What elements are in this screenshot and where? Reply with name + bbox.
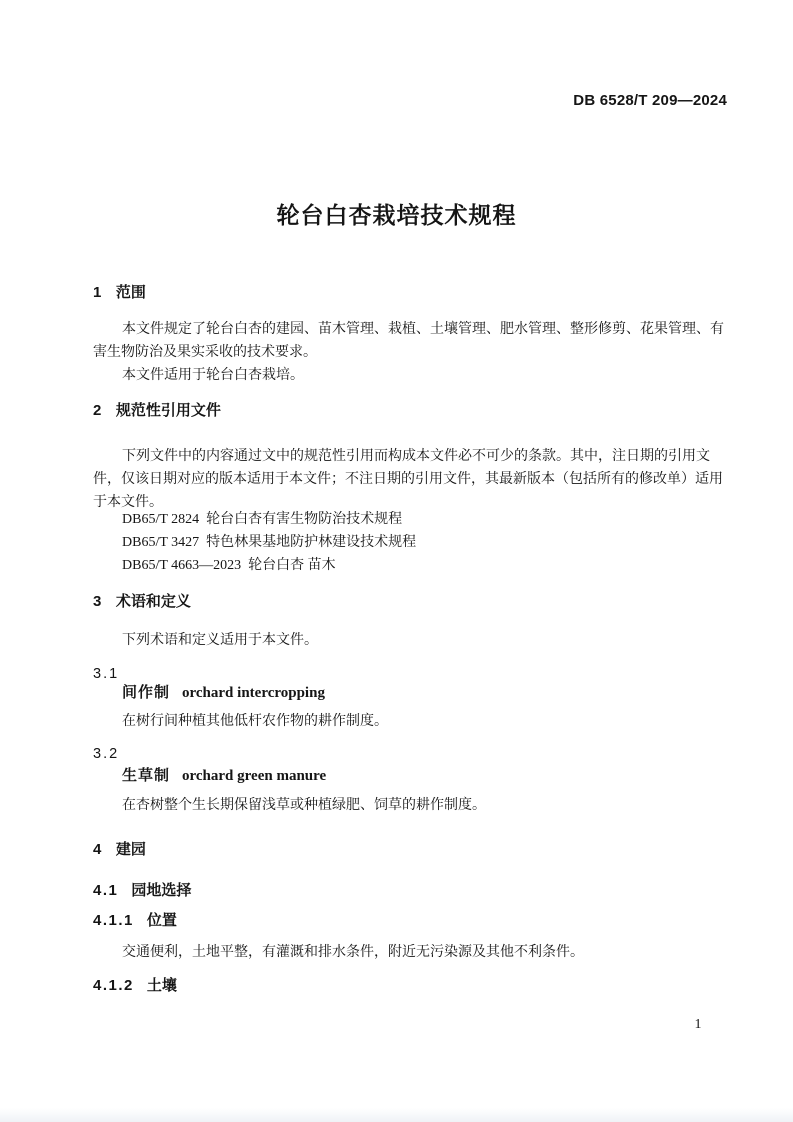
heading-location-label: 位置 bbox=[147, 912, 177, 929]
heading-site-selection: 4.1园地选择 bbox=[93, 879, 729, 902]
scope-paragraph-1: 本文件规定了轮台白杏的建园、苗木管理、栽植、土壤管理、肥水管理、整形修剪、花果管… bbox=[93, 318, 729, 364]
normative-references-intro: 下列文件中的内容通过文中的规范性引用而构成本文件必不可少的条款。其中，注日期的引… bbox=[93, 445, 729, 514]
term-zh: 生草制 bbox=[122, 767, 170, 784]
heading-refs-label: 规范性引用文件 bbox=[116, 402, 221, 419]
heading-refs-number: 2 bbox=[93, 402, 103, 419]
doc-title: 轮台白杏栽培技术规程 bbox=[0, 199, 793, 231]
heading-terms-definitions: 3术语和定义 bbox=[93, 590, 729, 613]
term-clause-number: 3.1 bbox=[93, 663, 119, 686]
scope-paragraph-2: 本文件适用于轮台白杏栽培。 bbox=[93, 364, 729, 387]
heading-soil-label: 土壤 bbox=[147, 977, 177, 994]
location-body: 交通便利，土地平整，有灌溉和排水条件，附近无污染源及其他不利条件。 bbox=[93, 941, 729, 964]
heading-normative-references: 2规范性引用文件 bbox=[93, 399, 729, 422]
heading-site-label: 园地选择 bbox=[131, 882, 191, 899]
page-number: 1 bbox=[688, 1013, 708, 1036]
heading-orchard-label: 建园 bbox=[116, 841, 146, 858]
term-clause-number: 3.2 bbox=[93, 743, 119, 766]
reference-item: DB65/T 2824 轮台白杏有害生物防治技术规程 bbox=[122, 508, 729, 531]
doc-number: DB 6528/T 209—2024 bbox=[573, 93, 727, 109]
reference-item: DB65/T 3427 特色林果基地防护林建设技术规程 bbox=[122, 531, 729, 554]
heading-location: 4.1.1位置 bbox=[93, 909, 729, 932]
terms-intro-paragraph: 下列术语和定义适用于本文件。 bbox=[93, 629, 729, 652]
heading-soil: 4.1.2土壤 bbox=[93, 974, 729, 997]
heading-scope: 1范围 bbox=[93, 281, 729, 304]
location-paragraph: 交通便利，土地平整，有灌溉和排水条件，附近无污染源及其他不利条件。 bbox=[93, 941, 729, 964]
heading-terms-label: 术语和定义 bbox=[116, 593, 191, 610]
heading-orchard-number: 4 bbox=[93, 841, 103, 858]
heading-scope-number: 1 bbox=[93, 284, 103, 301]
term-definition: 在树行间种植其他低杆农作物的耕作制度。 bbox=[122, 710, 729, 733]
refs-intro-paragraph: 下列文件中的内容通过文中的规范性引用而构成本文件必不可少的条款。其中，注日期的引… bbox=[93, 445, 729, 514]
term-entry: 间作制orchard intercropping bbox=[122, 681, 325, 705]
heading-site-number: 4.1 bbox=[93, 882, 118, 899]
term-en: orchard green manure bbox=[182, 768, 326, 784]
normative-references-list: DB65/T 2824 轮台白杏有害生物防治技术规程 DB65/T 3427 特… bbox=[122, 508, 729, 577]
standard-document-page: DB 6528/T 209—2024 轮台白杏栽培技术规程 1范围 本文件规定了… bbox=[0, 0, 793, 1122]
heading-location-number: 4.1.1 bbox=[93, 912, 134, 929]
term-en: orchard intercropping bbox=[182, 685, 325, 701]
term-zh: 间作制 bbox=[122, 684, 170, 701]
terms-intro: 下列术语和定义适用于本文件。 bbox=[93, 629, 729, 652]
heading-orchard-establishment: 4建园 bbox=[93, 838, 729, 861]
heading-scope-label: 范围 bbox=[116, 284, 146, 301]
heading-soil-number: 4.1.2 bbox=[93, 977, 134, 994]
reference-item: DB65/T 4663—2023 轮台白杏 苗木 bbox=[122, 554, 729, 577]
term-entry: 生草制orchard green manure bbox=[122, 764, 326, 788]
heading-terms-number: 3 bbox=[93, 593, 103, 610]
term-definition: 在杏树整个生长期保留浅草或种植绿肥、饲草的耕作制度。 bbox=[122, 794, 729, 817]
page-bottom-shade bbox=[0, 1108, 793, 1122]
scope-paragraphs: 本文件规定了轮台白杏的建园、苗木管理、栽植、土壤管理、肥水管理、整形修剪、花果管… bbox=[93, 318, 729, 387]
